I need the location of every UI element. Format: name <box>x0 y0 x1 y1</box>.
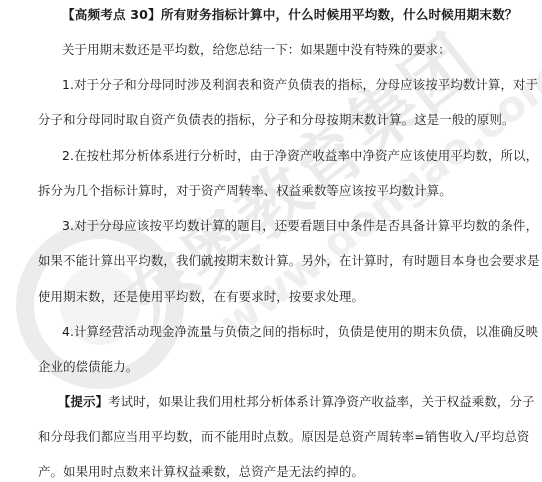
point-3-line-3: 使用期末数，还是使用平均数，在有要求时，按要求处理。 <box>38 289 364 305</box>
tip-line-1: 【提示】考试时，如果让我们用杜邦分析体系计算净资产收益率，关于权益乘数，分子 <box>58 394 535 410</box>
point-4-line-1: 4.计算经营活动现金净流量与负债之间的指标时，负债是使用的期末负债，以准确反映 <box>62 324 538 340</box>
point-3-line-1: 3.对于分母应该按平均数计算的题目，还要看题目中条件是否具备计算平均数的条件， <box>62 218 538 234</box>
tip-line-3: 产。如果用时点数来计算权益乘数，总资产是无法约掉的。 <box>38 464 364 480</box>
page-title: 【高频考点 30】所有财务指标计算中，什么时候用平均数，什么时候用期末数？ <box>62 7 518 23</box>
intro-paragraph: 关于用期末数还是平均数，给您总结一下：如果题中没有特殊的要求： <box>62 42 451 58</box>
tip-line-2: 和分母我们都应当用平均数，而不能用时点数。原因是总资产周转率=销售收入/平均总资 <box>38 429 529 445</box>
point-3-line-2: 如果不能计算出平均数，我们就按期末数计算。另外，在计算时，有时题目本身也会要求是 <box>38 253 540 269</box>
tip-text-1: 考试时，如果让我们用杜邦分析体系计算净资产收益率，关于权益乘数，分子 <box>108 394 534 409</box>
point-2-line-1: 2.在按杜邦分析体系进行分析时，由于净资产收益率中净资产应该使用平均数，所以， <box>62 148 538 164</box>
point-1-line-2: 分子和分母同时取自资产负债表的指标，分子和分母按期末数计算。这是一般的原则。 <box>38 112 515 128</box>
point-2-line-2: 拆分为几个指标计算时，对于资产周转率、权益乘数等应该按平均数计算。 <box>38 183 452 199</box>
point-1-line-1: 1.对于分子和分母同时涉及利润表和资产负债表的指标，分母应该按平均数计算，对于 <box>62 77 538 93</box>
point-4-line-2: 企业的偿债能力。 <box>38 359 138 375</box>
tip-label: 【提示】 <box>58 394 108 409</box>
